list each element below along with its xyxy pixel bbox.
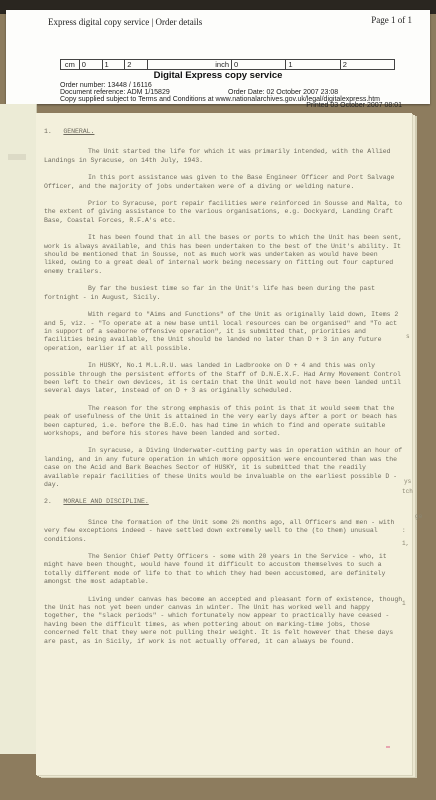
printed-date: Printed 03 October 2007 08:01 — [306, 102, 402, 109]
paragraph: In syracuse, a Diving Underwater-cutting… — [44, 447, 404, 489]
paragraph: It has been found that in all the bases … — [44, 234, 404, 276]
paragraph: With regard to "Aims and Functions" of t… — [44, 311, 404, 353]
order-details-printout: Express digital copy service | Order det… — [6, 10, 430, 104]
paragraph: By far the busiest time so far in the Un… — [44, 285, 404, 302]
printout-header-title: Express digital copy service | Order det… — [48, 17, 202, 27]
document-body: 1. GENERAL. The Unit started the life fo… — [44, 128, 404, 655]
paragraph: Living under canvas has become an accept… — [44, 596, 404, 646]
paragraph: In HUSKY, No.1 M.L.R.U. was landed in La… — [44, 362, 404, 396]
paragraph: The Unit started the life for which it w… — [44, 148, 404, 165]
document-reference-row: Document reference: ADM 1/15829 — [60, 89, 170, 96]
ruler-inch-tick: 0 — [232, 59, 286, 70]
margin-note: 1 — [402, 600, 406, 607]
scale-ruler: cm 0 1 2 inch 0 1 2 — [60, 59, 395, 70]
document-reference: ADM 1/15829 — [127, 89, 170, 96]
ruler-cm-tick: 2 — [125, 59, 148, 70]
margin-note: tch — [402, 488, 413, 495]
order-date-label: Order Date: — [228, 89, 265, 96]
service-title: Digital Express copy service — [6, 70, 430, 81]
document-reference-label: Document reference: — [60, 89, 125, 96]
paragraph: The Senior Chief Petty Officers - some w… — [44, 553, 404, 587]
margin-note: 1, — [402, 540, 409, 547]
order-date-row: Order Date: 02 October 2007 23:08 — [228, 89, 338, 96]
order-number-label: Order number: — [60, 82, 106, 89]
ruler-cm-tick: 1 — [103, 59, 126, 70]
margin-note: ge — [415, 513, 422, 520]
paragraph: The reason for the strong emphasis of th… — [44, 405, 404, 439]
paragraph: In this port assistance was given to the… — [44, 174, 404, 191]
ruler-inch-tick: 1 — [286, 59, 340, 70]
section-heading-morale: 2. MORALE AND DISCIPLINE. — [44, 498, 404, 506]
page-indicator: Page 1 of 1 — [371, 15, 412, 25]
underlying-sheet-left — [0, 104, 37, 754]
ruler-inch-label: inch — [148, 59, 232, 70]
ruler-cm-label: cm — [60, 59, 80, 70]
paper-mark — [386, 746, 390, 748]
margin-note: s — [406, 333, 410, 340]
section-heading-general: 1. GENERAL. — [44, 128, 404, 136]
ruler-cm-tick: 0 — [80, 59, 103, 70]
paragraph: Since the formation of the Unit some 2½ … — [44, 519, 404, 544]
margin-note: ys — [404, 478, 411, 485]
order-number-row: Order number: 13448 / 16116 — [60, 82, 152, 89]
paragraph: Prior to Syracuse, port repair facilitie… — [44, 200, 404, 225]
margin-note: : — [402, 527, 406, 534]
order-date: 02 October 2007 23:08 — [267, 89, 339, 96]
ruler-inch-tick: 2 — [341, 59, 395, 70]
order-number: 13448 / 16116 — [107, 82, 151, 89]
